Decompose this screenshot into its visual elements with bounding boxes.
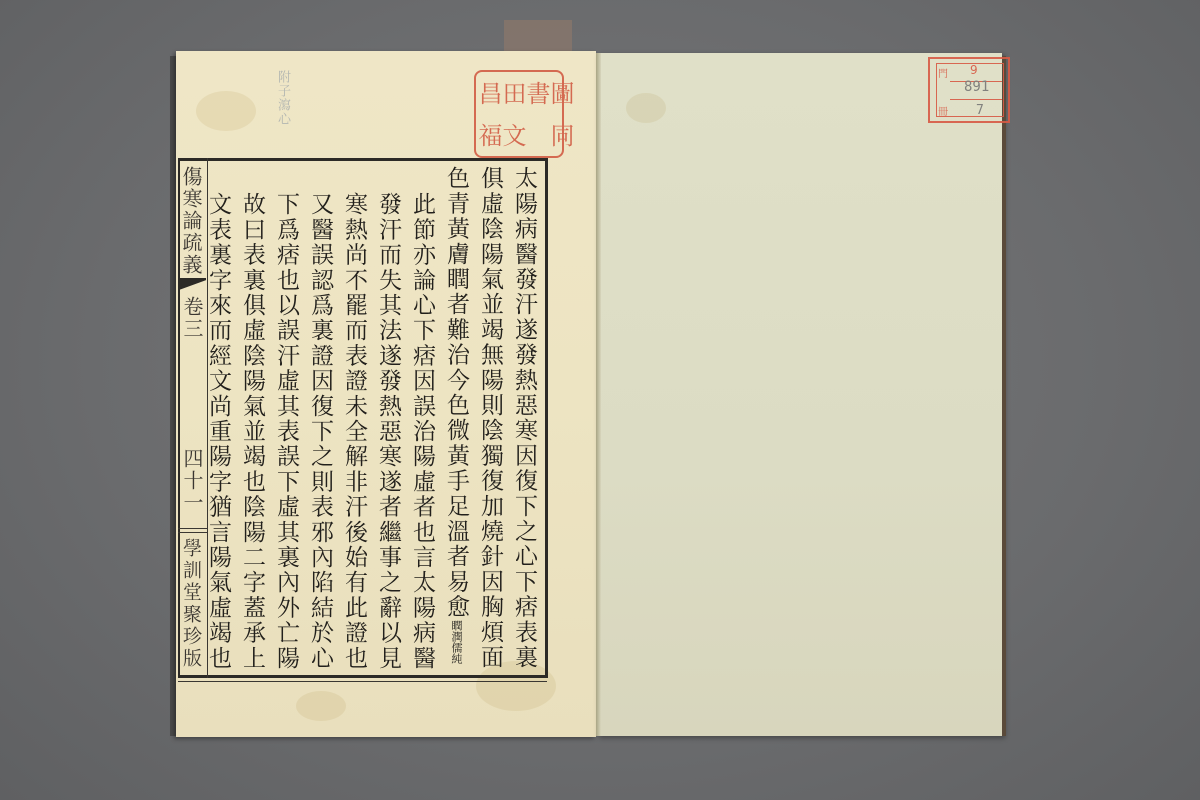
right-page-blank <box>596 53 1002 736</box>
seal-volume-number: 7 <box>976 103 984 118</box>
text-column-2: 俱虛陰陽氣並竭無陽則陰獨復加燒針因胸煩面 <box>472 166 508 670</box>
seal-number: 891 <box>964 79 989 95</box>
seal-rule <box>950 99 1002 100</box>
text-column-9: 故曰表裏俱虛陰陽氣並竭也陰陽二字蓋承上 <box>234 192 270 671</box>
seal-char: 福 <box>476 123 500 147</box>
text-column-8: 下爲痞也以誤汗虛其表誤下虛其裏內外亡陽 <box>268 192 304 671</box>
seal-mark: 9 <box>970 63 978 77</box>
paper-stain <box>296 691 346 721</box>
main-text-body: 太陽病醫發汗遂發熱惡寒因復下之心下痞表裏 俱虛陰陽氣並竭無陽則陰獨復加燒針因胸煩… <box>210 166 542 672</box>
page-number: 四十一 <box>182 448 202 514</box>
text-column-3: 色青黃膚瞤者難治今色微黃手足溫者易愈瞤潤儒純 <box>438 166 474 664</box>
text-column-1: 太陽病醫發汗遂發熱惡寒因復下之心下痞表裏 <box>506 166 542 670</box>
page-fold <box>596 53 601 736</box>
column-text: 色青黃膚瞤者難治今色微黃手足溫者易愈 <box>443 166 469 620</box>
seal-label-top: 門 <box>938 65 948 80</box>
seal-char: 圖書 <box>524 72 572 114</box>
text-column-7: 又醫誤認爲裏證因復下之則表邪內陷結於心 <box>302 192 338 671</box>
publisher-imprint: 學訓堂聚珍版 <box>181 538 200 670</box>
frame-bottom-rule <box>178 681 547 682</box>
inline-annotation: 瞤潤儒純 <box>450 620 463 664</box>
seal-char: 文 <box>500 123 524 147</box>
text-column-4: 此節亦論心下痞因誤治陽虛者也言太陽病醫 <box>404 192 440 671</box>
book-edge-right <box>1002 56 1006 736</box>
book-title: 傷寒論疏義 <box>181 166 201 276</box>
seal-char: 同 <box>524 123 572 147</box>
text-column-5: 發汗而失其法遂發熱惡寒遂者繼事之辭以見 <box>370 192 406 671</box>
seal-char: 昌 <box>476 81 500 105</box>
volume-label: 卷三 <box>182 296 202 340</box>
seal-char: 田 <box>500 81 524 105</box>
paper-stain <box>626 93 666 123</box>
text-column-6: 寒熱尚不罷而表證未全解非汗後始有此證也 <box>336 192 372 671</box>
library-seal: 門 9 891 冊 7 <box>928 57 1010 123</box>
collector-seal: 昌 田 圖書 福 文 同 <box>474 70 564 158</box>
bleed-through-text: 附子瀉心 <box>276 70 292 126</box>
seal-label-bottom: 冊 <box>938 103 948 118</box>
text-column-10: 文表裏字來而經文尚重陽字猶言陽氣虛竭也 <box>200 192 236 671</box>
bookmark-tab <box>504 20 572 52</box>
paper-stain <box>196 91 256 131</box>
